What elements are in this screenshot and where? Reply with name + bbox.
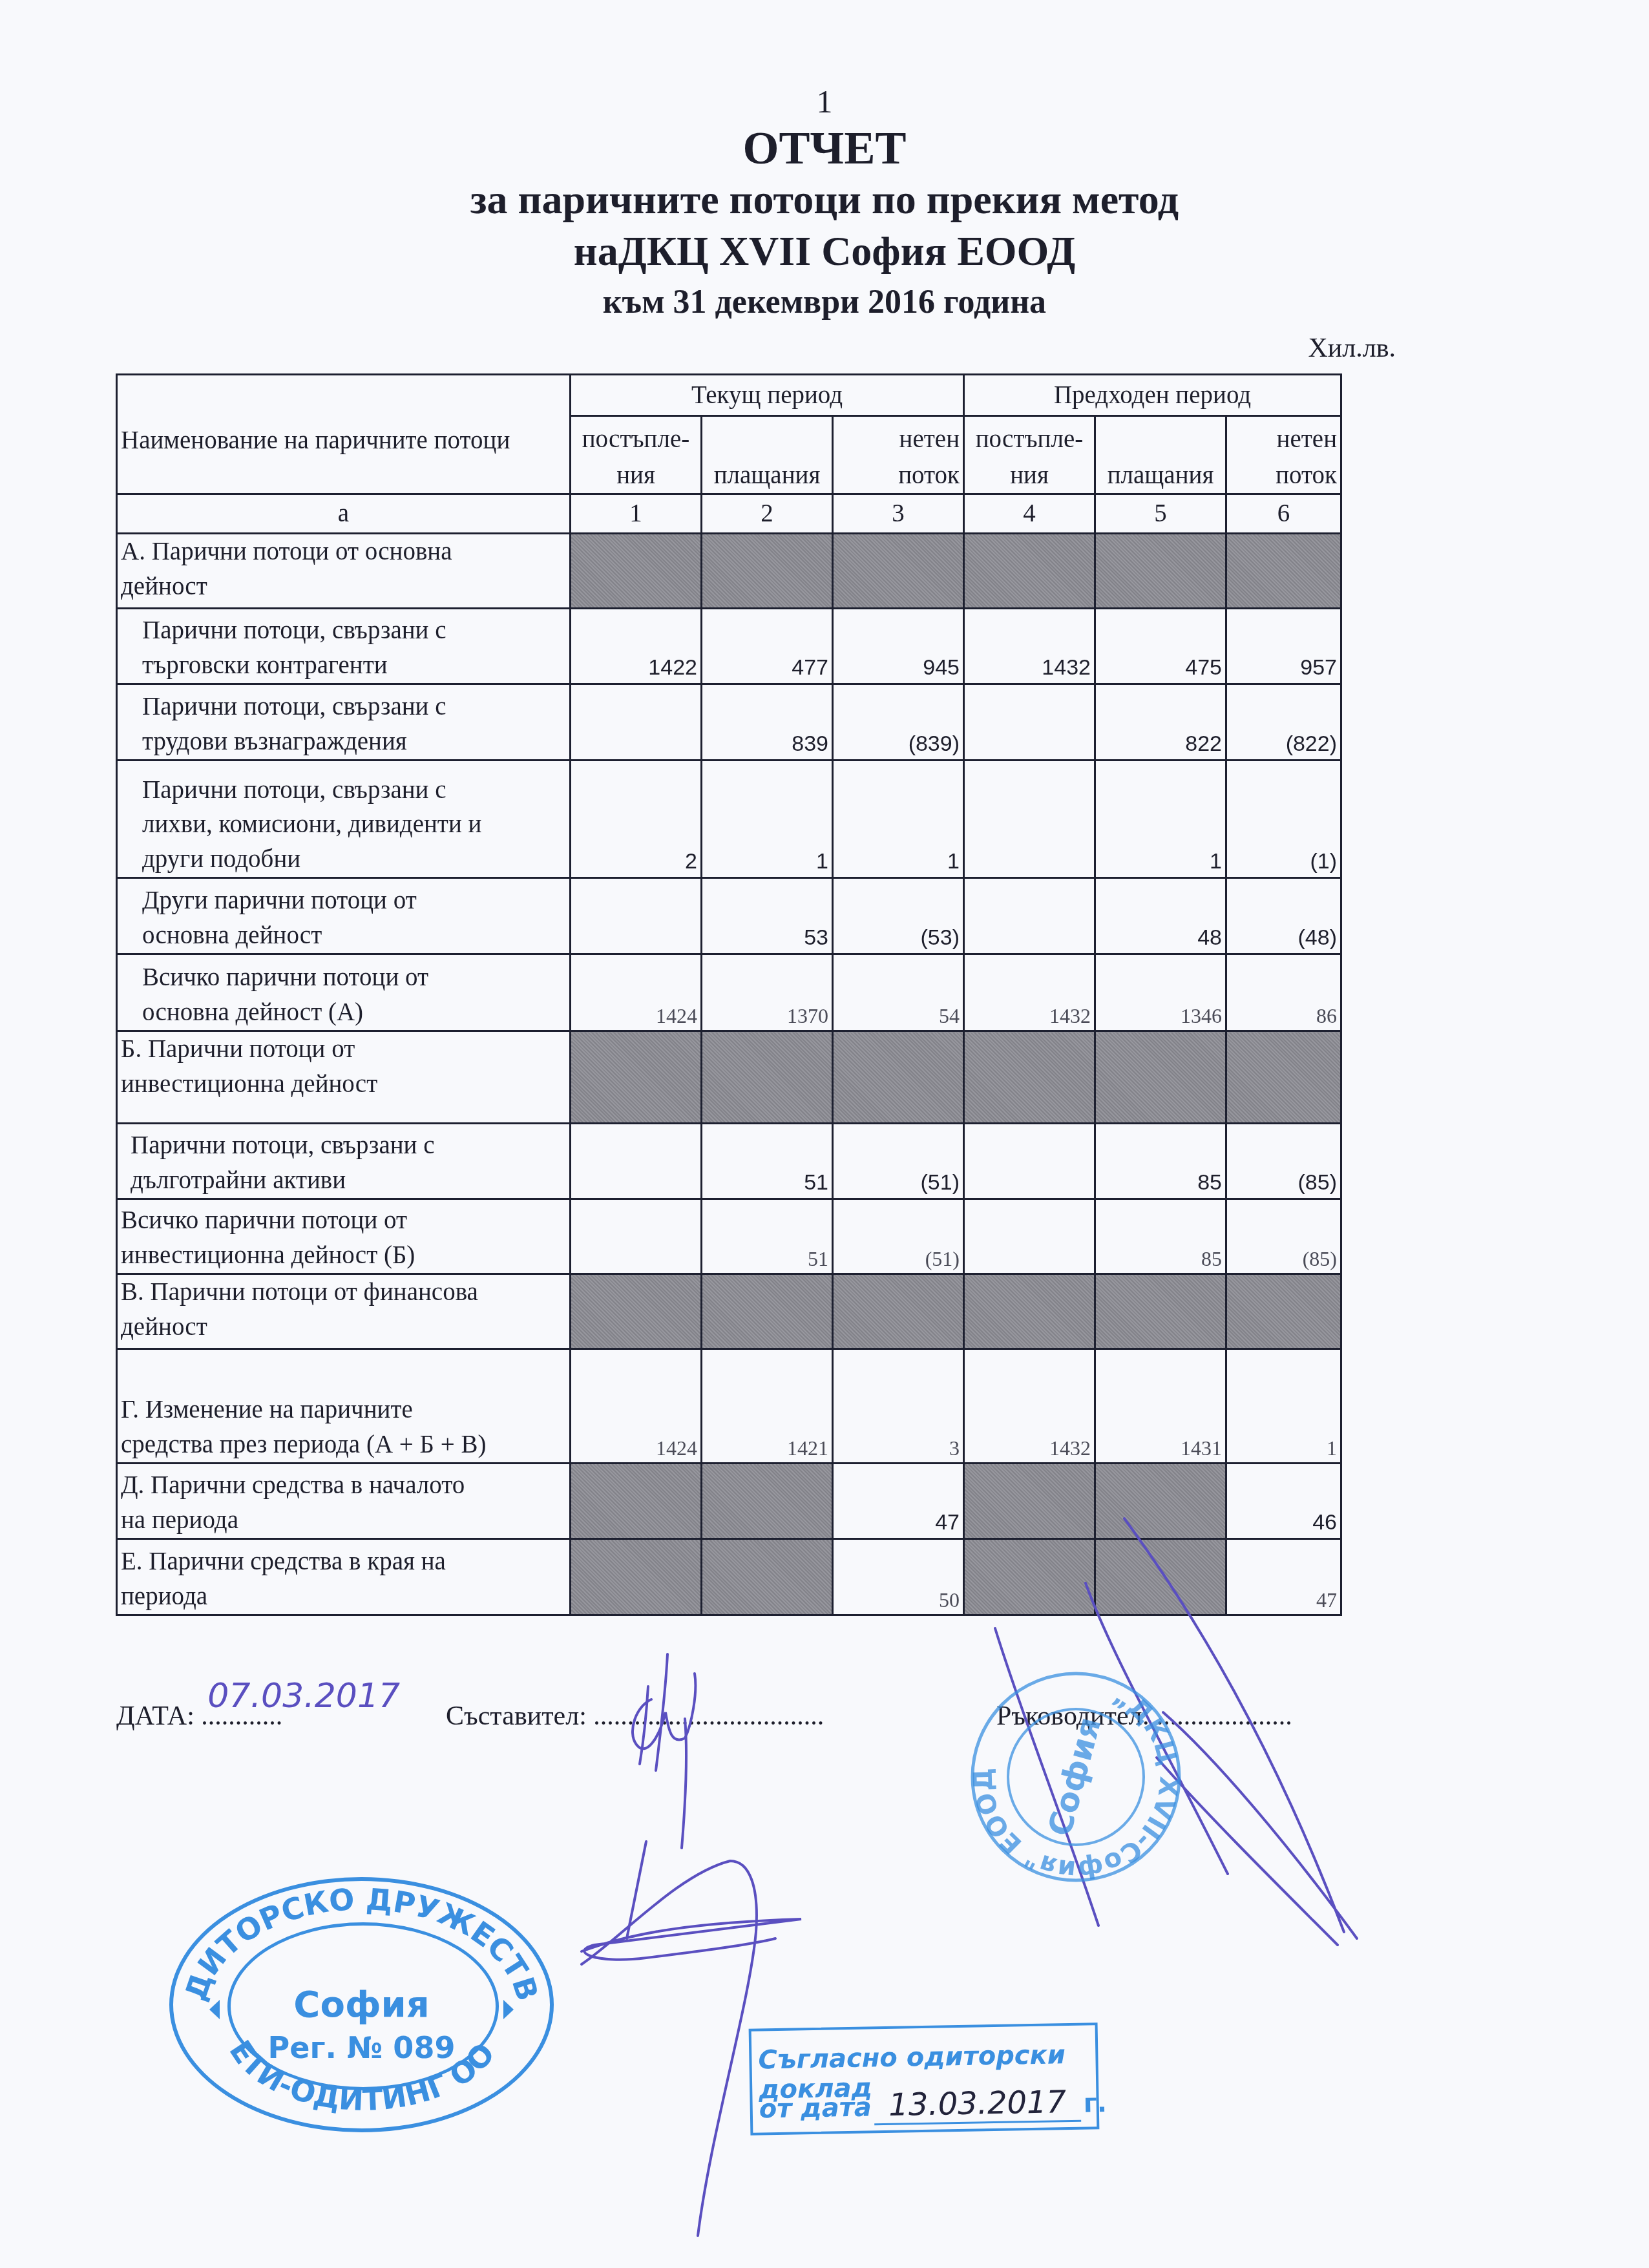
compiler-signature	[633, 1654, 695, 1848]
audit-stamp-date: 13.03.2017	[874, 2084, 1081, 2126]
company-seal: „ДКЦ XVII-София" ЕООД София	[966, 1667, 1186, 1887]
audit-stamp-prefix: от дата	[759, 2092, 872, 2124]
auditor-stamp-city: София	[169, 1984, 554, 2026]
audit-stamp-line2: от дата 13.03.2017 г.	[759, 2083, 1107, 2127]
seal-center-text: София	[1041, 1713, 1109, 1840]
auditor-stamp-reg: Рег. № 089	[169, 2030, 554, 2065]
audit-stamp-suffix: г.	[1083, 2088, 1107, 2119]
audit-report-stamp: Съгласно одиторски доклад от дата 13.03.…	[749, 2022, 1100, 2135]
